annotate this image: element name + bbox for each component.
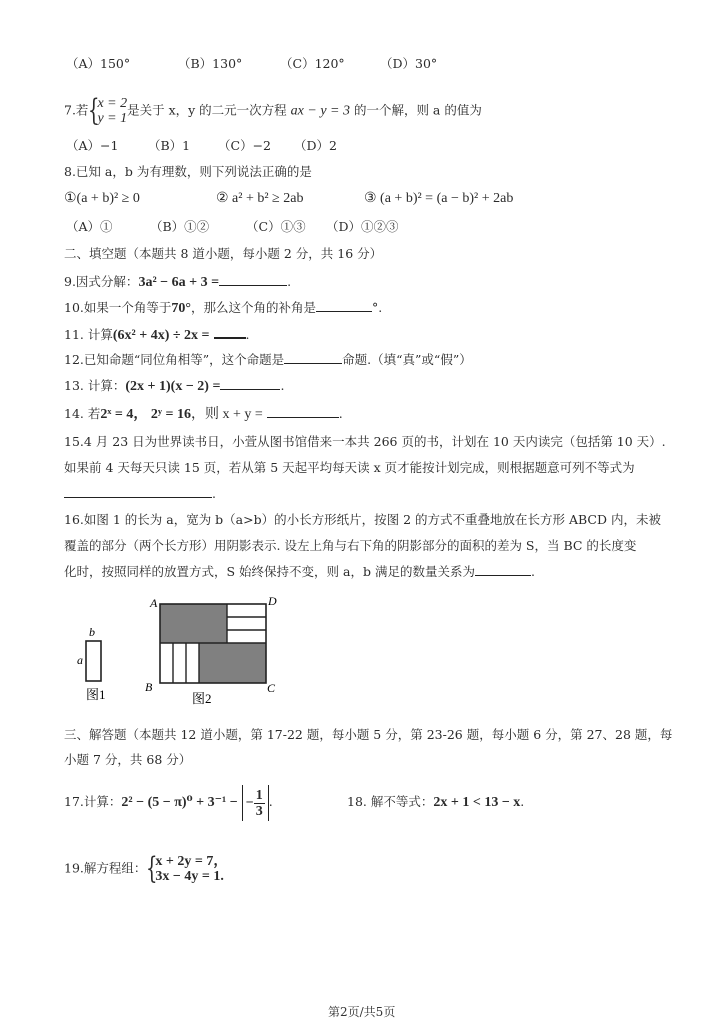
vertex-c-label: C [267, 681, 276, 695]
page-number: 第2页/共5页 [328, 1004, 395, 1020]
q17-expr: 2² − (5 − π)⁰ + 3⁻¹ − [121, 795, 237, 810]
q17-fraction: 13 [254, 788, 265, 819]
shaded-top-left [160, 604, 227, 643]
figure2-caption: 图2 [192, 691, 212, 706]
q17-absolute-value: −13 [242, 785, 269, 821]
section-3-title-line-1: 三、解答题（本题共 12 道小题，第 17-22 题，每小题 5 分，第 23-… [64, 727, 672, 743]
question-18: 18. 解不等式：2x + 1 < 13 − x. [347, 794, 524, 811]
figure-1: b a 图1 [77, 625, 106, 702]
q19-system: {x + 2y = 7，3x − 4y = 1. [146, 854, 227, 884]
small-rectangle [86, 641, 101, 681]
shaded-bottom-right [199, 643, 266, 683]
figure-2: A D B C 图2 [145, 594, 277, 706]
q18-expr: 2x + 1 < 13 − x [433, 795, 520, 810]
question-19: 19.解方程组：{x + 2y = 7，3x − 4y = 1. [64, 854, 227, 884]
question-17: 17.计算：2² − (5 − π)⁰ + 3⁻¹ − −13. [64, 784, 273, 821]
vertex-b-label: B [145, 680, 153, 694]
section-3-title-line-2: 小题 7 分，共 68 分） [64, 752, 191, 768]
vertex-a-label: A [149, 596, 158, 610]
brace-icon: { [146, 851, 157, 887]
figure1-label-b: b [89, 625, 95, 639]
figure1-label-a: a [77, 653, 83, 667]
vertex-d-label: D [267, 594, 277, 608]
figure1-caption: 图1 [86, 687, 106, 702]
